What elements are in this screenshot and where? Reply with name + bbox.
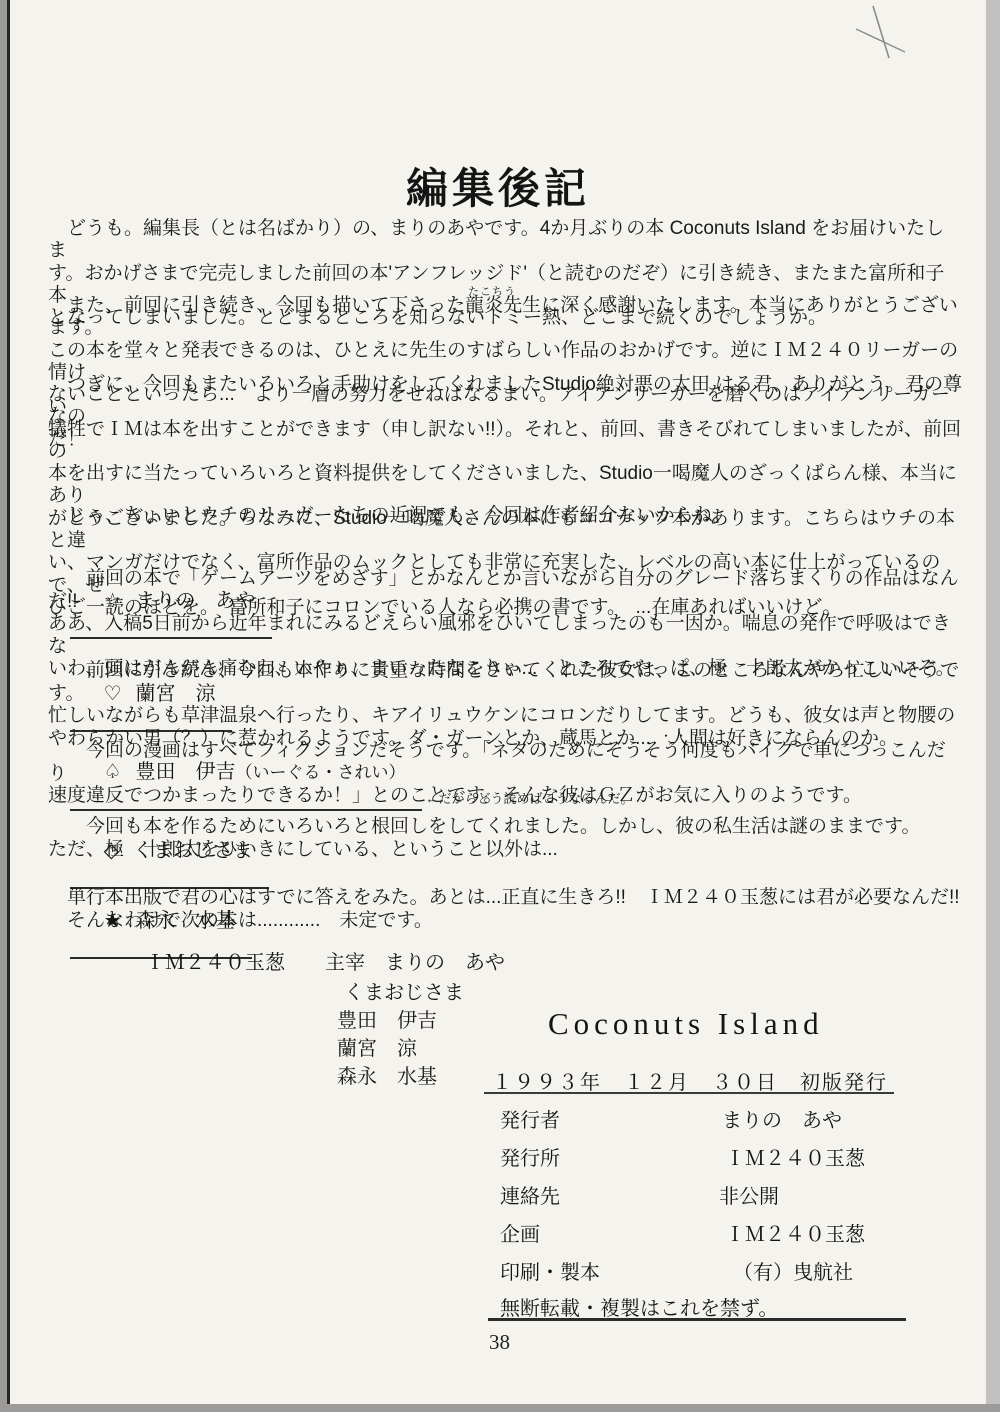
page-number: 38 — [489, 1330, 510, 1355]
book-title: Coconuts Island — [548, 1006, 824, 1042]
scan-edge-left — [0, 0, 7, 1412]
paragraph-transition: じゃ、ちょいとウチのリーガーたちの近況でも。今回は作者紹介ないからね。 — [48, 505, 963, 527]
section-body-morinaga-mizuki: 単行本出版で君の心はすでに答えをみた。あとは...正直に生きろ!! ＩＭ２４０玉… — [48, 887, 963, 910]
colophon-label: 企画 — [500, 1218, 540, 1247]
colophon-value: まりの あや — [722, 1104, 842, 1133]
next-book-line: そんなわけで次の本は............ 未定です。 — [48, 910, 963, 932]
credit-member: 蘭宮 涼 — [337, 1032, 417, 1061]
page-title: 編集後記 — [10, 156, 986, 216]
publication-date: １９９３年 １２月 ３０日 初版発行 — [492, 1066, 888, 1095]
colophon-value: （有）曳航社 — [733, 1256, 853, 1285]
colophon-divider-bottom — [488, 1318, 906, 1321]
credit-member: 森永 水基 — [337, 1060, 437, 1089]
scan-edge-right — [986, 0, 1000, 1412]
colophon-value: ＩＭ２４０玉葱 — [725, 1142, 865, 1171]
colophon-value: ＩＭ２４０玉葱 — [725, 1218, 865, 1247]
pencil-x-mark — [845, 0, 915, 70]
scan-edge-bottom — [0, 1404, 1000, 1412]
circle-credit-line: ＩＭ２４０玉葱 主宰 まりの あや — [145, 946, 505, 975]
credit-member: くまおじさま — [344, 976, 464, 1005]
colophon-divider-top — [484, 1092, 894, 1094]
scanned-page: 編集後記 どうも。編集長（とは名ばかり）の、まりのあやです。4か月ぶりの本 Co… — [0, 0, 1000, 1412]
colophon-label: 発行所 — [500, 1142, 560, 1171]
section-body-kumaoji-sama: 今回も本を作るためにいろいろと根回しをしてくれました。しかし、彼の私生活は謎のま… — [48, 816, 963, 861]
credit-member: 豊田 伊吉 — [337, 1004, 437, 1033]
colophon-label: 発行者 — [500, 1104, 560, 1133]
colophon-value: 非公開 — [719, 1180, 779, 1209]
colophon-label: 印刷・製本 — [500, 1256, 600, 1285]
copyright-notice: 無断転載・複製はこれを禁ず。 — [500, 1292, 778, 1321]
colophon-label: 連絡先 — [500, 1180, 560, 1209]
